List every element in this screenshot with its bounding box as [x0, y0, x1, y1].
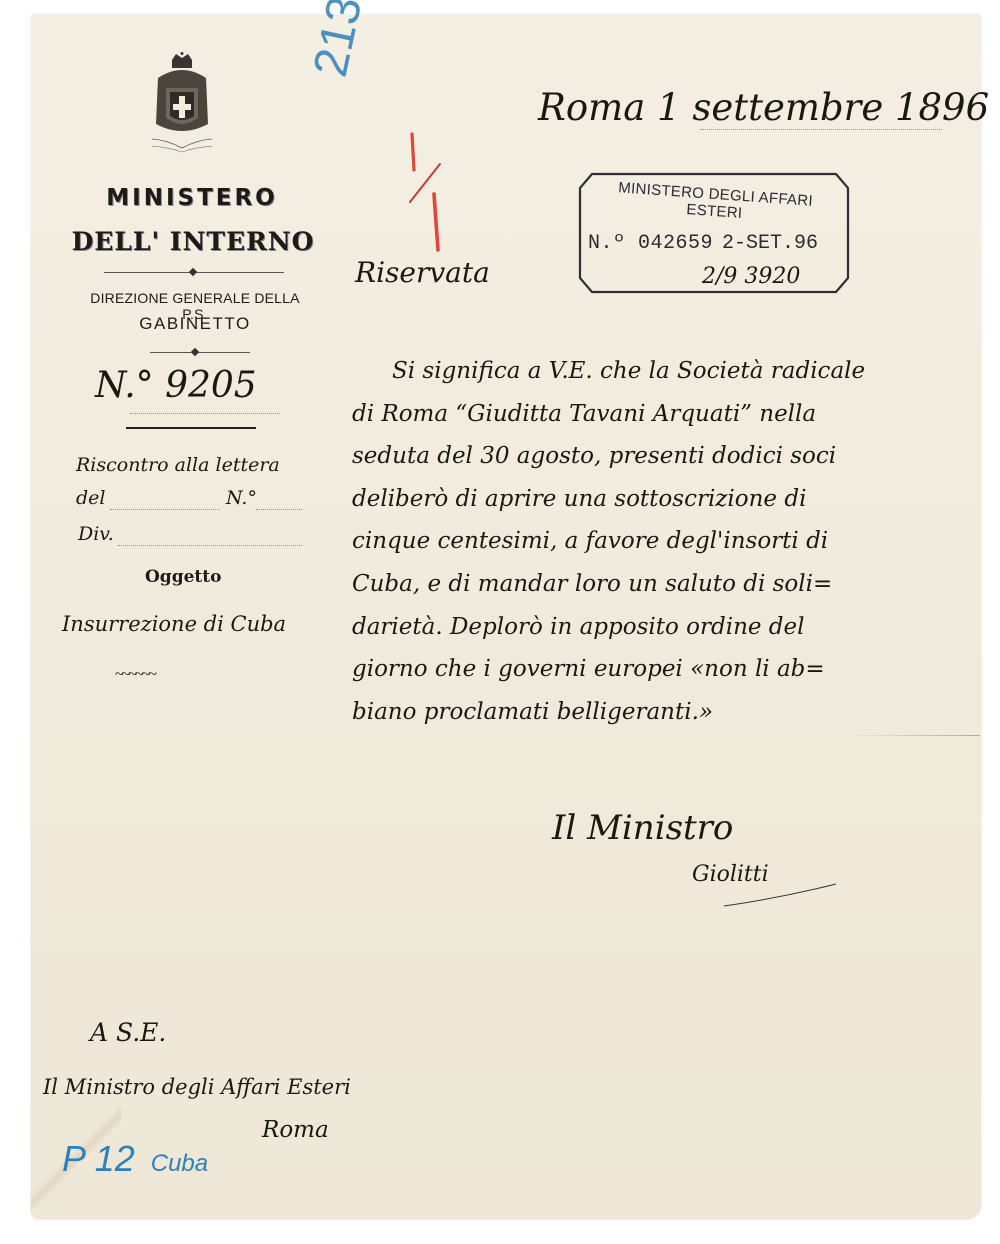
ministry-name-line1: MINISTERO: [102, 185, 282, 211]
stamp-handwritten-note: 2/9 3920: [702, 264, 800, 289]
subject-label: Oggetto: [145, 567, 221, 587]
signature-flourish-icon: [720, 880, 840, 910]
addressee-line3: Roma: [262, 1117, 329, 1143]
protocol-underline: [130, 412, 280, 414]
body-line: deliberò di aprire una sottoscrizione di: [352, 478, 964, 521]
office-divider: [150, 352, 250, 353]
body-line: Cuba, e di mandar loro un saluto di soli…: [352, 563, 964, 606]
letter-body: Si significa a V.E. che la Società radic…: [352, 350, 964, 733]
stamp-date: 2-SET.96: [722, 232, 818, 255]
div-label: Div.: [78, 523, 114, 545]
numero-field-line: [256, 508, 302, 510]
body-line: cinque centesimi, a favore degl'insorti …: [352, 520, 964, 563]
body-line: di Roma “Giuditta Tavani Arquati” nella: [352, 393, 964, 436]
savoy-coat-of-arms-icon: [152, 52, 212, 162]
protocol-number: N.° 9205: [95, 365, 257, 406]
red-pencil-mark-icon: [408, 130, 448, 260]
body-line: Si significa a V.E. che la Società radic…: [352, 350, 964, 393]
addressee-line1: A S.E.: [90, 1018, 166, 1047]
numero-label: N.°: [226, 487, 257, 509]
paper-crease: [850, 735, 980, 736]
place-date: Roma 1 settembre 1896: [538, 86, 989, 129]
del-label: del: [76, 487, 105, 509]
body-line: seduta del 30 agosto, presenti dodici so…: [352, 435, 964, 478]
body-line: darietà. Deplorò in apposito ordine del: [352, 606, 964, 649]
div-field-line: [118, 544, 302, 546]
classification-label: Riservata: [355, 256, 490, 289]
ministry-name-line2: DELL' INTERNO: [62, 227, 324, 256]
office-label: GABINETTO: [110, 314, 280, 334]
subject-ornament: ~~~~~~: [115, 666, 155, 684]
subject-value: Insurrezione di Cuba: [62, 612, 286, 636]
stamp-number: N.º 042659: [588, 232, 713, 255]
body-line: biano proclamati belligeranti.»: [352, 691, 964, 734]
protocol-divider: [126, 427, 256, 429]
file-reference-label: Cuba: [151, 1150, 208, 1177]
file-reference-code: P 12: [62, 1138, 135, 1179]
addressee-line2: Il Ministro degli Affari Esteri: [43, 1075, 351, 1099]
file-reference: P 12Cuba: [62, 1138, 208, 1180]
del-field-line: [110, 508, 220, 510]
riscontro-label: Riscontro alla lettera: [76, 454, 280, 476]
signatory-title: Il Ministro: [552, 808, 733, 848]
body-line: giorno che i governi europei «non li ab=: [352, 648, 964, 691]
date-underline: [700, 128, 942, 130]
